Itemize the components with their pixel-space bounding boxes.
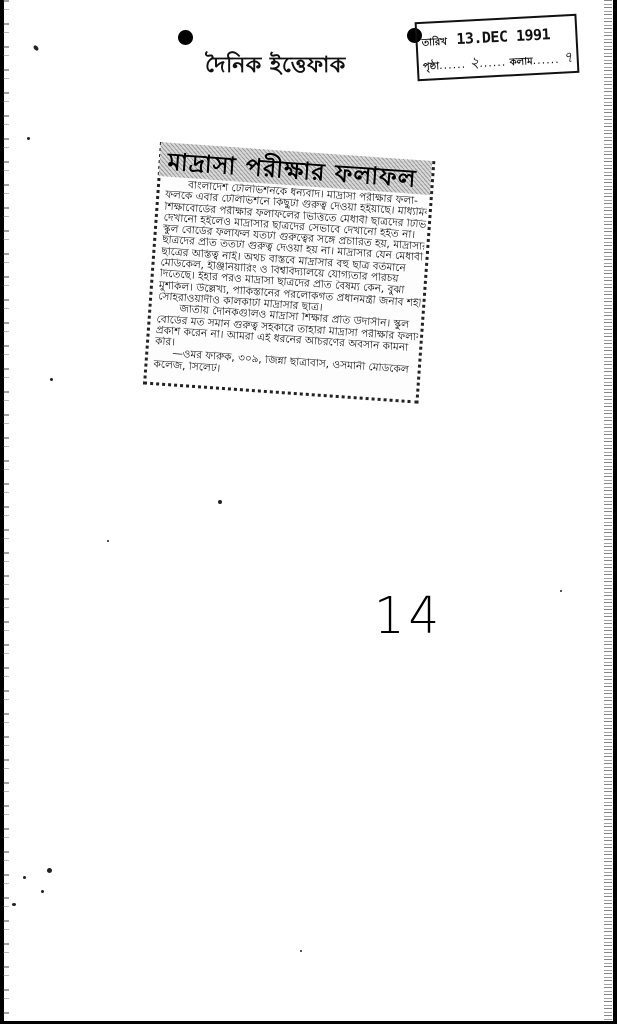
clipping-body: বাংলাদেশ টেলিভিশনকে ধন্যবাদ। মাদ্রাসা পর… — [153, 179, 428, 389]
scan-speck — [218, 500, 222, 504]
archive-page: দৈনিক ইত্তেফাক তারিখ 13.DEC 1991 পৃষ্ঠা.… — [0, 0, 617, 1024]
scan-speck — [23, 876, 26, 879]
stamp-date-value: 13.DEC 1991 — [456, 25, 551, 48]
scan-speck — [560, 590, 562, 592]
handwritten-page-number: 14 — [374, 587, 443, 646]
stamp-column-label: কলাম — [509, 56, 532, 68]
stamp-page-label: পৃষ্ঠা — [423, 61, 440, 73]
scan-speck — [107, 540, 109, 542]
scan-speck — [41, 890, 44, 893]
scan-right-noise — [604, 0, 612, 1024]
scan-speck — [47, 868, 52, 873]
stamp-dots: ...... — [532, 53, 560, 67]
stamp-column-value: ৭ — [562, 48, 573, 66]
stamp-dots: ...... — [479, 56, 507, 70]
stamp-date-label: তারিখ — [421, 37, 447, 49]
scan-left-noise — [3, 0, 9, 1024]
punch-hole-icon — [178, 30, 193, 45]
scan-speck — [50, 378, 53, 381]
scan-speck — [27, 137, 30, 140]
newspaper-clipping: মাদ্রাসা পরীক্ষার ফলাফল বাংলাদেশ টেলিভিশ… — [143, 142, 435, 404]
stamp-dots: ...... — [439, 58, 467, 72]
newspaper-name: দৈনিক ইত্তেফাক — [205, 48, 346, 85]
scan-speck — [300, 950, 302, 952]
scan-speck — [33, 44, 40, 51]
scan-right-border — [613, 0, 617, 1024]
scan-speck — [12, 903, 16, 906]
date-stamp: তারিখ 13.DEC 1991 পৃষ্ঠা...... ২...... ক… — [415, 14, 580, 81]
